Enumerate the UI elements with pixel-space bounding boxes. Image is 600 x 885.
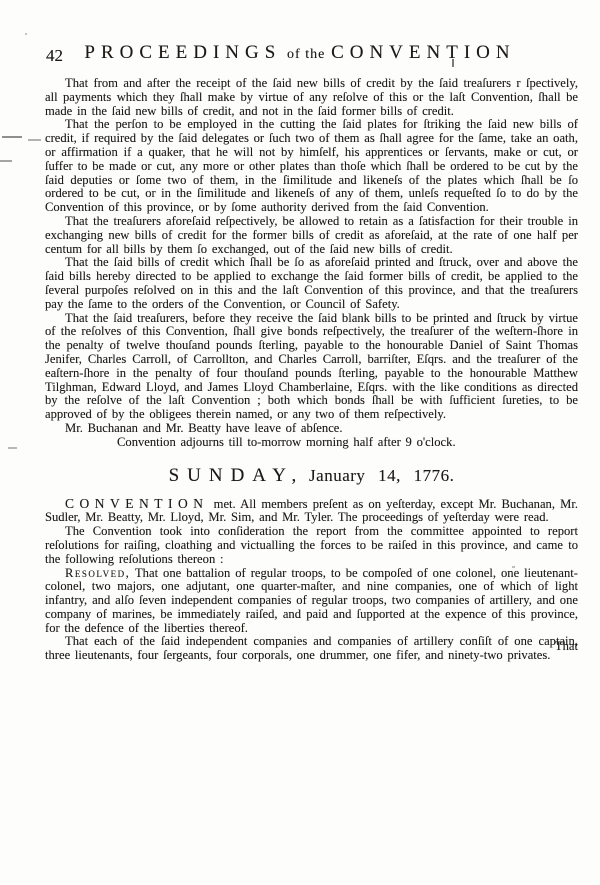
page-body: That from and after the receipt of the ſ… <box>45 77 578 663</box>
running-title-connector: of the <box>287 47 325 62</box>
paragraph-plate-cutting-oath: That the perſon to be employed in the cu… <box>45 118 578 215</box>
paragraph-resolved-battalion: Resolved, That one battalion of regular … <box>45 567 578 636</box>
scan-artifact <box>8 447 17 449</box>
scan-artifact <box>28 139 41 141</box>
scan-artifact <box>25 33 27 35</box>
page-header: 42 PROCEEDINGS of the CONVENTION <box>0 42 600 72</box>
running-title-word-convention: CONVENTION <box>331 42 516 63</box>
paragraph-company-composition: That each of the ſaid independent compan… <box>45 635 578 663</box>
catchword: That <box>555 640 578 654</box>
paragraph-exchange-commission: That the treaſurers aforeſaid reſpective… <box>45 215 578 256</box>
leave-of-absence-note: Mr. Buchanan and Mr. Beatty have leave o… <box>45 422 578 436</box>
date-heading-day: SUNDAY, <box>169 465 305 486</box>
document-page: 42 PROCEEDINGS of the CONVENTION That fr… <box>0 0 600 885</box>
page-number: 42 <box>46 46 63 66</box>
paragraph-surplus-bills-purposes: That the ſaid bills of credit which ſhal… <box>45 256 578 311</box>
date-heading: SUNDAY, January 14, 1776. <box>45 465 578 488</box>
paragraph-committee-report: The Convention took into conſideration t… <box>45 525 578 566</box>
resolved-lead: Resolved, <box>65 566 130 580</box>
paragraph-new-bills-payments: That from and after the receipt of the ſ… <box>45 77 578 118</box>
convention-met-lead: CONVENTION <box>65 496 209 511</box>
scan-artifact <box>2 136 22 138</box>
running-title-word-proceedings: PROCEEDINGS <box>84 42 281 63</box>
adjournment-note: Convention adjourns till to-morrow morni… <box>45 436 578 450</box>
date-heading-date: January 14, 1776. <box>309 466 454 485</box>
paragraph-convention-met: CONVENTION met. All members preſent as o… <box>45 497 578 526</box>
running-title: PROCEEDINGS of the CONVENTION <box>0 42 600 64</box>
paragraph-treasurer-bonds: That the ſaid treaſurers, before they re… <box>45 312 578 422</box>
scan-artifact <box>0 160 12 162</box>
last-paragraph-wrap: That each of the ſaid independent compan… <box>45 635 578 663</box>
